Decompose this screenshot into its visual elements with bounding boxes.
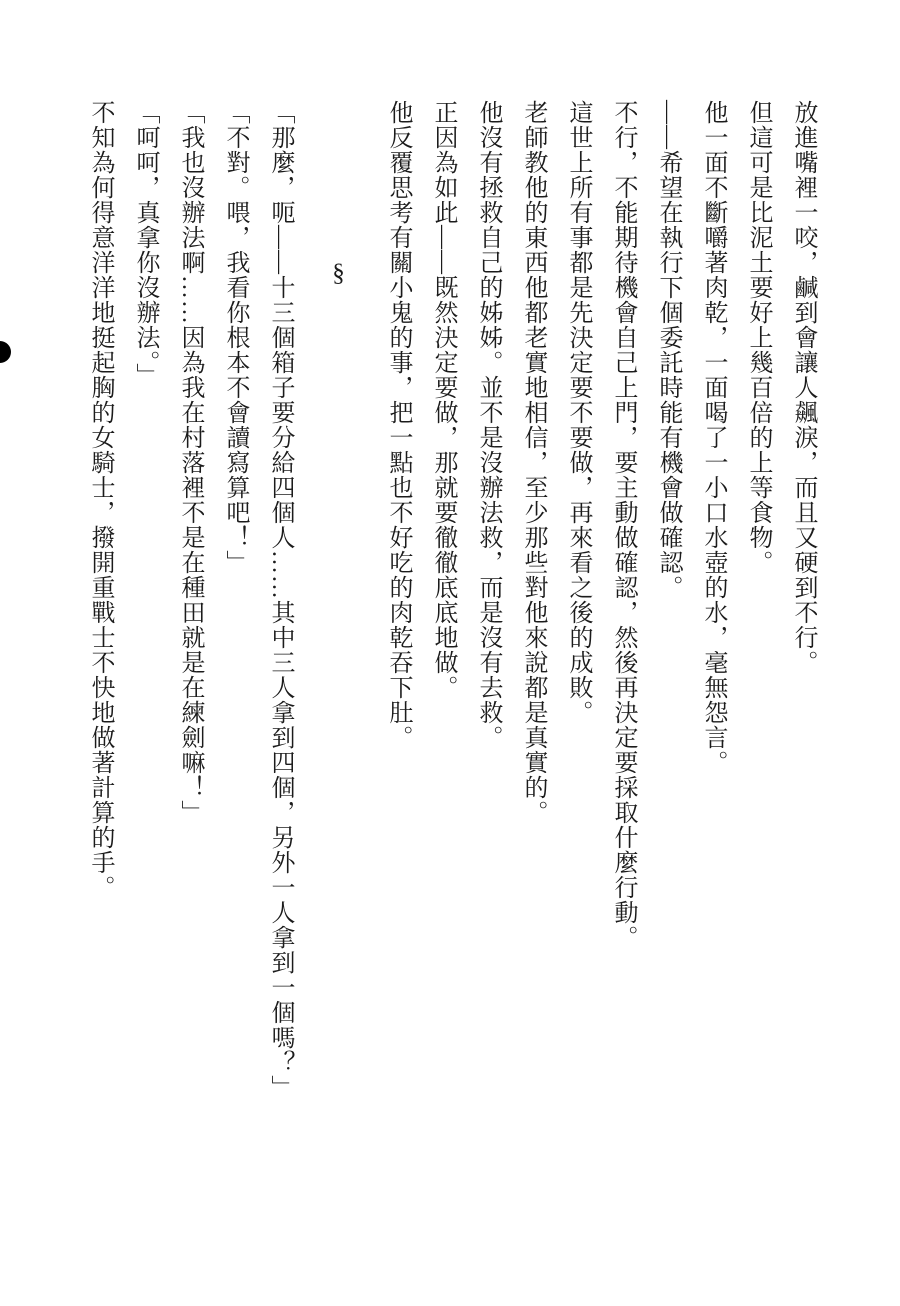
paragraph: 「我也沒辦法啊……因為我在村落裡不是在種田就是在練劍嘛！」 [167, 100, 212, 1105]
edge-marker-dot [0, 341, 11, 363]
paragraph: 但這可是比泥土要好上幾百倍的上等食物。 [735, 100, 780, 1105]
paragraph: ——希望在執行下個委託時能有機會做確認。 [645, 100, 690, 1105]
paragraph: 不行，不能期待機會自己上門，要主動做確認，然後再決定要採取什麼行動。 [600, 100, 645, 1105]
paragraph: 「呵呵，真拿你沒辦法。」 [122, 100, 167, 1105]
paragraph: 他反覆思考有關小鬼的事，把一點也不好吃的肉乾吞下肚。 [375, 100, 420, 1105]
paragraph: 老師教他的東西他都老實地相信，至少那些對他來說都是真實的。 [510, 100, 555, 1105]
paragraph: 這世上所有事都是先決定要不要做，再來看之後的成敗。 [555, 100, 600, 1105]
book-page: 放進嘴裡一咬，鹹到會讓人飆淚，而且又硬到不行。 但這可是比泥土要好上幾百倍的上等… [0, 0, 900, 1306]
paragraph: 放進嘴裡一咬，鹹到會讓人飆淚，而且又硬到不行。 [780, 100, 825, 1105]
paragraph: 他一面不斷嚼著肉乾，一面喝了一小口水壺的水，毫無怨言。 [690, 100, 735, 1105]
paragraph: 「那麼，呃——十三個箱子要分給四個人……其中三人拿到四個，另外一人拿到一個嗎？」 [257, 100, 302, 1105]
paragraph: 不知為何得意洋洋地挺起胸的女騎士，撥開重戰士不快地做著計算的手。 [77, 100, 122, 1105]
page-text: 放進嘴裡一咬，鹹到會讓人飆淚，而且又硬到不行。 但這可是比泥土要好上幾百倍的上等… [77, 100, 825, 1105]
section-divider: § [316, 100, 361, 1105]
paragraph: 正因為如此——既然決定要做，那就要徹徹底底地做。 [420, 100, 465, 1105]
paragraph: 「不對。喂，我看你根本不會讀寫算吧！」 [212, 100, 257, 1105]
paragraph: 他沒有拯救自己的姊姊。並不是沒辦法救，而是沒有去救。 [465, 100, 510, 1105]
